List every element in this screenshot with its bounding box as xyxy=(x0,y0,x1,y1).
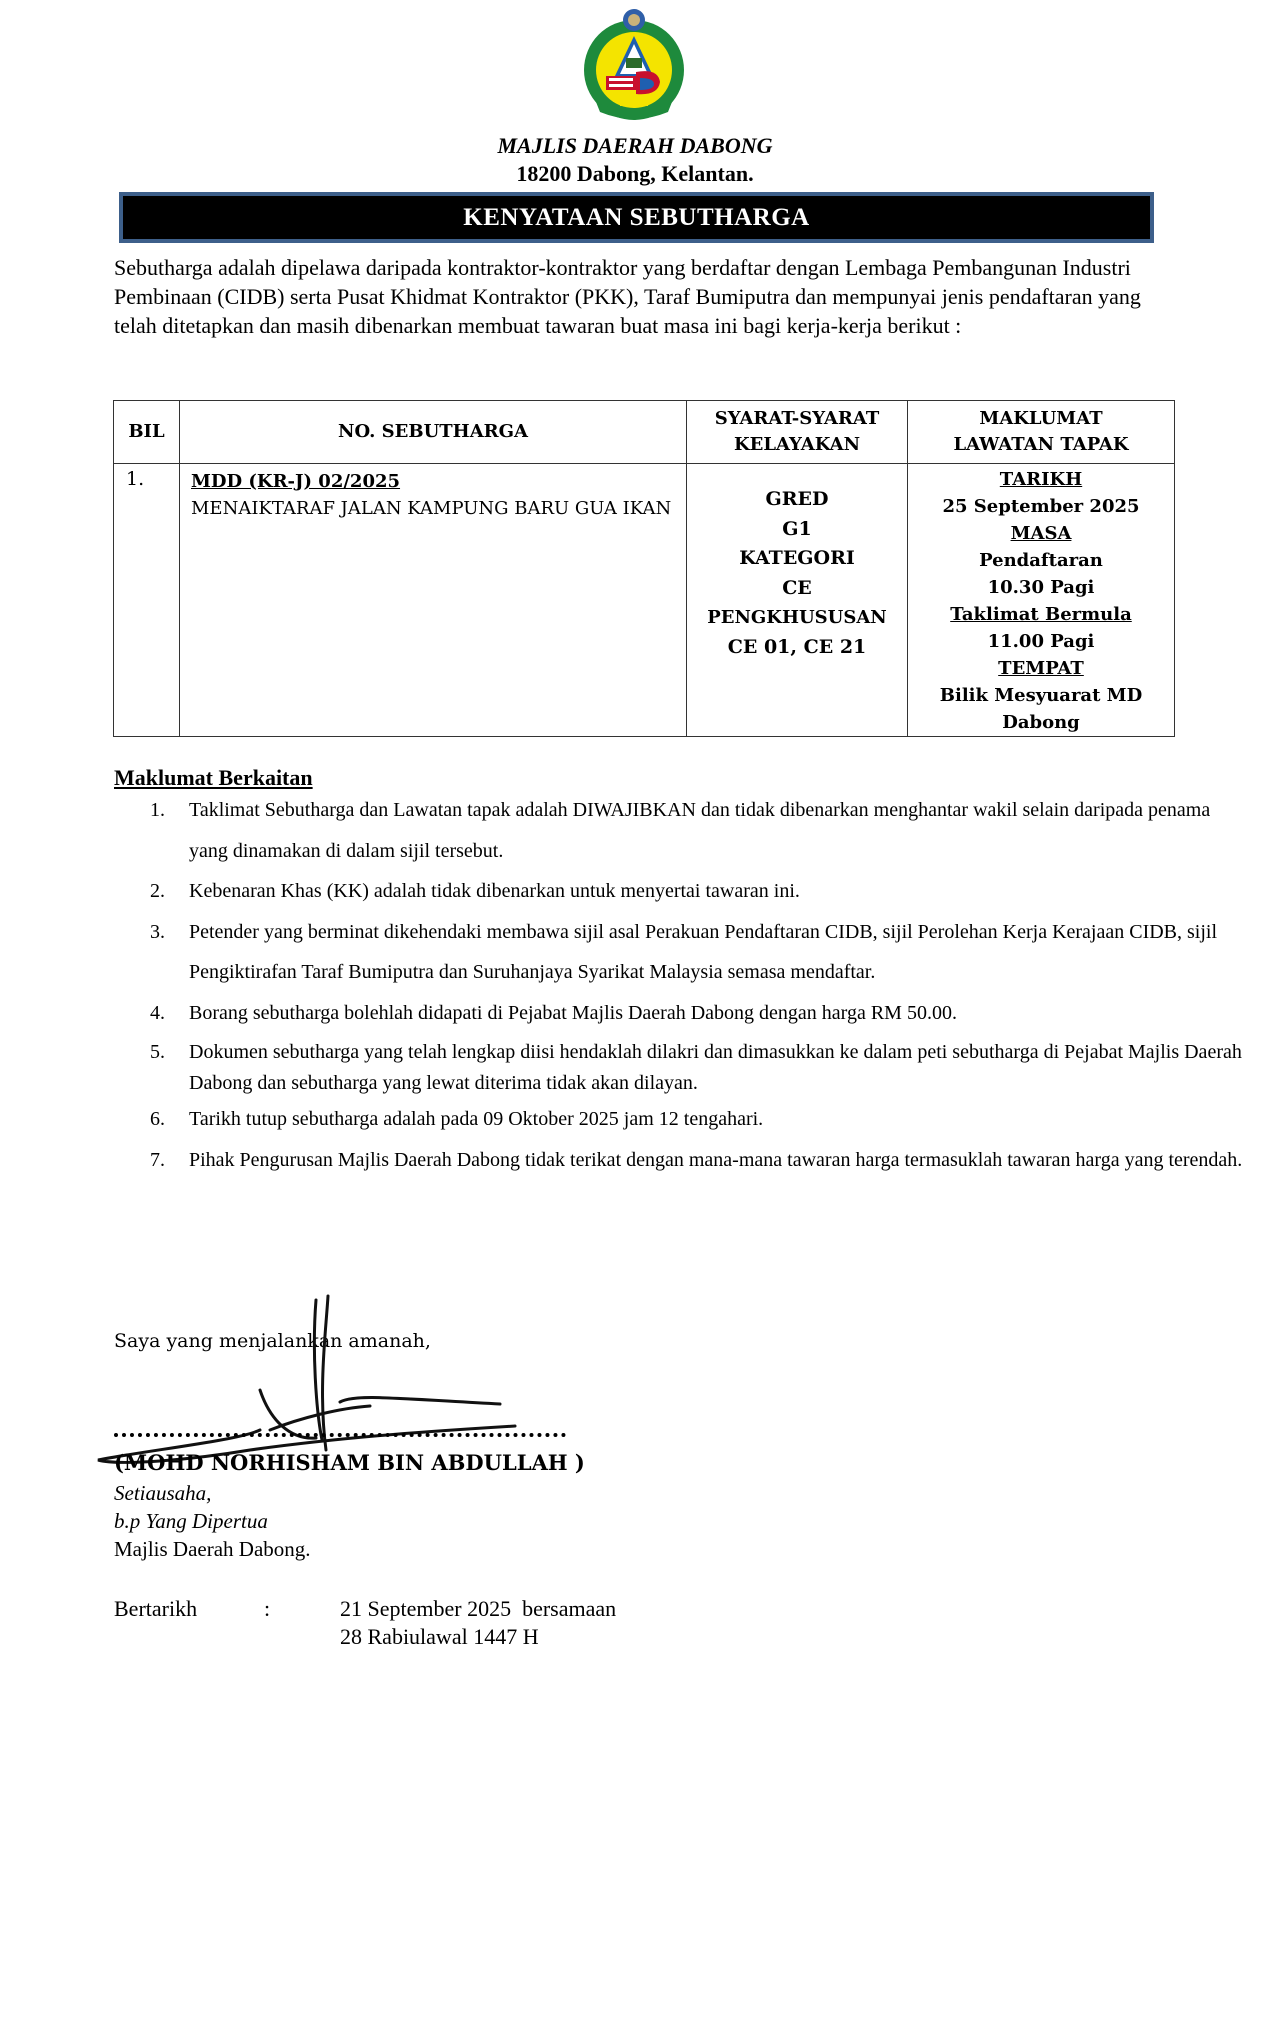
note-text: Tarikh tutup sebutharga adalah pada 09 O… xyxy=(189,1108,763,1130)
header-no-sebutharga: NO. SEBUTHARGA xyxy=(180,401,687,464)
header-syarat-line2: KELAYAKAN xyxy=(687,432,907,458)
kategori-label: KATEGORI xyxy=(687,544,907,574)
date-colon: : xyxy=(264,1596,270,1622)
header-syarat-line1: SYARAT-SYARAT xyxy=(687,406,907,432)
note-number: 5. xyxy=(150,1037,165,1068)
note-number: 6. xyxy=(150,1099,165,1140)
note-item: 1.Taklimat Sebutharga dan Lawatan tapak … xyxy=(189,790,1249,871)
signer-on-behalf: b.p Yang Dipertua xyxy=(114,1509,268,1534)
masa-label: MASA xyxy=(908,520,1174,547)
pendaftaran-label: Pendaftaran xyxy=(908,547,1174,574)
header-syarat: SYARAT-SYARAT KELAYAKAN xyxy=(687,401,908,464)
document-title: KENYATAAN SEBUTHARGA xyxy=(119,192,1154,243)
signer-position: Setiausaha, xyxy=(114,1481,211,1506)
note-item: 3.Petender yang berminat dikehendaki mem… xyxy=(189,912,1249,993)
signer-organization: Majlis Daerah Dabong. xyxy=(114,1537,311,1562)
signer-name: (MOHD NORHISHAM BIN ABDULLAH ) xyxy=(114,1450,585,1475)
signature-dotted-line xyxy=(114,1428,566,1437)
notes-title: Maklumat Berkaitan xyxy=(114,765,313,791)
tempat-label: TEMPAT xyxy=(908,655,1174,682)
table-row: 1. MDD (KR-J) 02/2025 MENAIKTARAF JALAN … xyxy=(114,464,1175,737)
note-text: Petender yang berminat dikehendaki memba… xyxy=(189,921,1217,984)
gred-value: G1 xyxy=(687,515,907,545)
date-label: Bertarikh xyxy=(114,1596,197,1622)
note-number: 2. xyxy=(150,871,165,912)
note-item: 7.Pihak Pengurusan Majlis Daerah Dabong … xyxy=(189,1140,1249,1181)
closing-line: Saya yang menjalankan amanah, xyxy=(114,1330,431,1352)
tarikh-value: 25 September 2025 xyxy=(908,493,1174,520)
note-number: 1. xyxy=(150,790,165,831)
kategori-value: CE xyxy=(687,574,907,604)
note-item: 4.Borang sebutharga bolehlah didapati di… xyxy=(189,993,1249,1034)
pengkhususan-label: PENGKHUSUSAN xyxy=(687,603,907,633)
gred-label: GRED xyxy=(687,485,907,515)
row-bil: 1. xyxy=(114,464,180,737)
table-header-row: BIL NO. SEBUTHARGA SYARAT-SYARAT KELAYAK… xyxy=(114,401,1175,464)
council-crest-logo xyxy=(572,6,696,128)
header-maklumat-line2: LAWATAN TAPAK xyxy=(908,432,1174,458)
row-eligibility: GRED G1 KATEGORI CE PENGKHUSUSAN CE 01, … xyxy=(687,464,908,737)
quotation-table: BIL NO. SEBUTHARGA SYARAT-SYARAT KELAYAK… xyxy=(113,400,1175,737)
note-number: 7. xyxy=(150,1140,165,1181)
note-text: Borang sebutharga bolehlah didapati di P… xyxy=(189,1002,957,1024)
organization-address: 18200 Dabong, Kelantan. xyxy=(0,161,1270,187)
row-site-visit: TARIKH 25 September 2025 MASA Pendaftara… xyxy=(908,464,1175,737)
note-text: Kebenaran Khas (KK) adalah tidak dibenar… xyxy=(189,880,800,902)
note-number: 4. xyxy=(150,993,165,1034)
note-text: Taklimat Sebutharga dan Lawatan tapak ad… xyxy=(189,799,1210,862)
taklimat-value: 11.00 Pagi xyxy=(908,628,1174,655)
note-number: 3. xyxy=(150,912,165,953)
tempat-value: Bilik Mesyuarat MD Dabong xyxy=(908,682,1174,736)
tarikh-label: TARIKH xyxy=(908,466,1174,493)
pengkhususan-value: CE 01, CE 21 xyxy=(687,633,907,663)
note-item: 5.Dokumen sebutharga yang telah lengkap … xyxy=(189,1037,1249,1099)
quotation-reference: MDD (KR-J) 02/2025 xyxy=(191,468,686,495)
note-item: 2.Kebenaran Khas (KK) adalah tidak diben… xyxy=(189,871,1249,912)
header-bil: BIL xyxy=(114,401,180,464)
pendaftaran-value: 10.30 Pagi xyxy=(908,574,1174,601)
date-gregorian: 21 September 2025 bersamaan xyxy=(340,1596,616,1622)
note-item: 6.Tarikh tutup sebutharga adalah pada 09… xyxy=(189,1099,1249,1140)
intro-paragraph: Sebutharga adalah dipelawa daripada kont… xyxy=(114,253,1174,340)
note-text: Pihak Pengurusan Majlis Daerah Dabong ti… xyxy=(189,1149,1242,1171)
taklimat-label: Taklimat Bermula xyxy=(908,601,1174,628)
row-description: MDD (KR-J) 02/2025 MENAIKTARAF JALAN KAM… xyxy=(180,464,687,737)
work-description: MENAIKTARAF JALAN KAMPUNG BARU GUA IKAN xyxy=(191,495,686,522)
header-maklumat: MAKLUMAT LAWATAN TAPAK xyxy=(908,401,1175,464)
organization-name: MAJLIS DAERAH DABONG xyxy=(0,133,1270,159)
date-hijri: 28 Rabiulawal 1447 H xyxy=(340,1624,539,1650)
header-maklumat-line1: MAKLUMAT xyxy=(908,406,1174,432)
note-text: Dokumen sebutharga yang telah lengkap di… xyxy=(189,1041,1242,1094)
notes-list: 1.Taklimat Sebutharga dan Lawatan tapak … xyxy=(114,790,1249,1180)
